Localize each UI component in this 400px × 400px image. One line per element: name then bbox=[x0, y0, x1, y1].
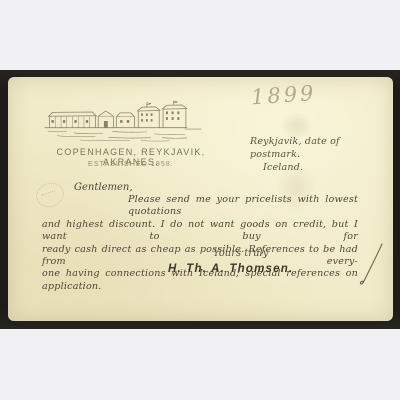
pencil-year-annotation: 1899 bbox=[250, 81, 322, 110]
body-line: Please send me your pricelists with lowe… bbox=[42, 194, 358, 219]
salutation: Gentlemen, bbox=[74, 182, 133, 193]
established-line: ESTABLISHED 1858. bbox=[36, 161, 226, 168]
request-paragraph: Please send me your pricelists with lowe… bbox=[42, 194, 358, 293]
photo-of-postcard: COPENHAGEN, REYKJAVIK, AKRANES. ESTABLIS… bbox=[0, 0, 400, 400]
postcard: COPENHAGEN, REYKJAVIK, AKRANES. ESTABLIS… bbox=[8, 77, 393, 321]
postmark-instruction-line1: Reykjavik, date of postmark. bbox=[250, 135, 380, 161]
pen-slash-mark bbox=[354, 241, 386, 289]
ink-smudge bbox=[280, 112, 314, 140]
signature-name: H. Th. A. Thomsen. bbox=[168, 263, 328, 275]
harbor-warehouse-engraving-illustration bbox=[42, 98, 204, 144]
closing-line: Yours truly bbox=[213, 248, 268, 259]
body-line: and highest discount. I do not want good… bbox=[42, 219, 358, 244]
